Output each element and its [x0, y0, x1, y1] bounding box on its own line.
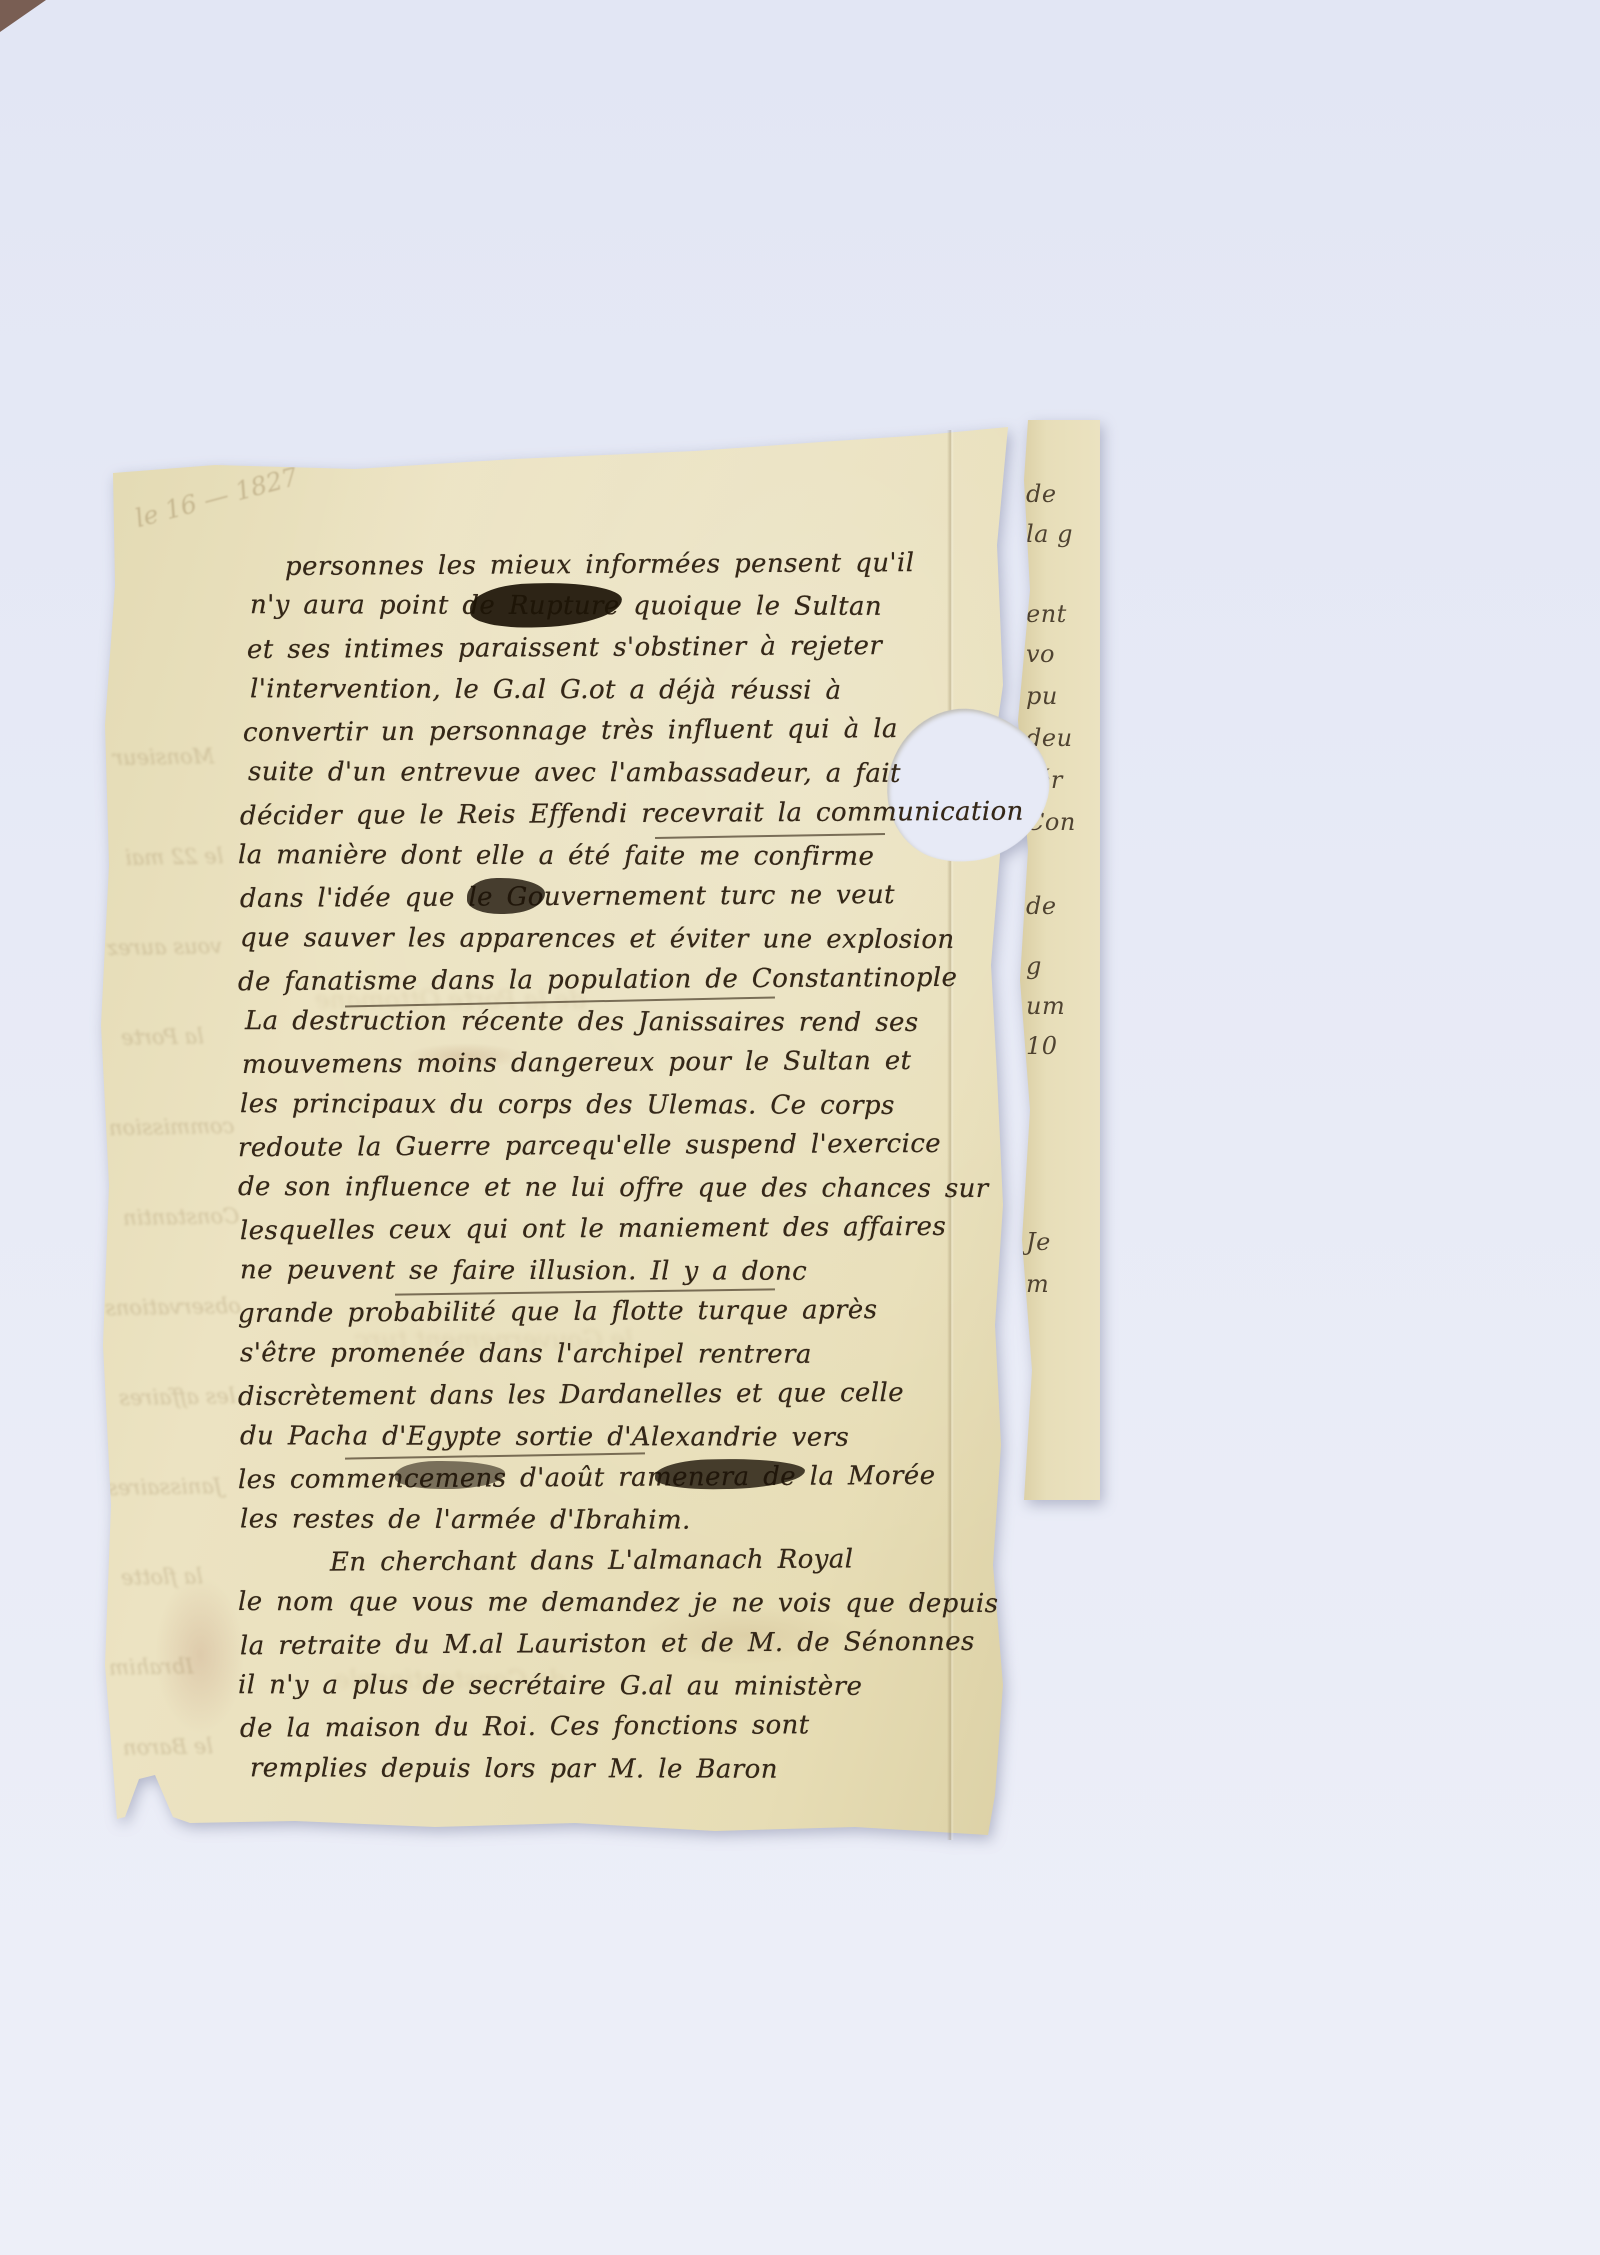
letter-line: les restes de l'armée d'Ibrahim.: [240, 1506, 691, 1533]
fragment-text: vo: [1026, 640, 1055, 668]
letter-line: l'intervention, le G.al G.ot a déjà réus…: [250, 676, 842, 704]
letter-line: mouvemens moins dangereux pour le Sultan…: [242, 1048, 912, 1078]
letter-line: les principaux du corps des Ulemas. Ce c…: [240, 1091, 895, 1119]
pen-stroke: [345, 996, 775, 1007]
letter-line: de fanatisme dans la population de Const…: [238, 965, 957, 995]
letter-line: lesquelles ceux qui ont le maniement des…: [240, 1214, 946, 1244]
letter-line: suite d'un entrevue avec l'ambassadeur, …: [248, 759, 901, 787]
pen-stroke: [345, 1452, 645, 1459]
second-page-text: de la g ent vo pu deu Jér Con de g um 10…: [1018, 420, 1100, 1500]
letter-line: la manière dont elle a été faite me conf…: [238, 842, 874, 870]
letter-line: la retraite du M.al Lauriston et de M. d…: [240, 1629, 975, 1659]
letter-line: du Pacha d'Egypte sortie d'Alexandrie ve…: [240, 1423, 849, 1451]
ink-blot-rupture: [469, 580, 622, 629]
photo-corner-artifact: [0, 0, 46, 32]
letter-line: et ses intimes paraissent s'obstiner à r…: [247, 633, 882, 663]
letter-line: il n'y a plus de secrétaire G.al au mini…: [238, 1672, 862, 1700]
fragment-text: m: [1026, 1270, 1049, 1298]
letter-line: le nom que vous me demandez je ne vois q…: [238, 1589, 998, 1617]
fragment-text: 10: [1026, 1032, 1058, 1060]
letter-line: décider que le Reis Effendi recevrait la…: [240, 799, 1024, 830]
pen-stroke: [395, 1288, 775, 1295]
letter-line: de son influence et ne lui offre que des…: [238, 1174, 989, 1202]
fragment-text: g: [1026, 952, 1042, 980]
letter-line: La destruction récente des Janissaires r…: [245, 1008, 919, 1036]
fragment-text: ent: [1026, 600, 1067, 628]
fragment-text: pu: [1026, 682, 1058, 710]
letter-line: les commencemens d'août ramenera de la M…: [238, 1463, 936, 1493]
letter-line: convertir un personnage très influent qu…: [243, 716, 898, 746]
letter-line: discrètement dans les Dardanelles et que…: [238, 1380, 904, 1410]
letter-line: remplies depuis lors par M. le Baron: [250, 1755, 778, 1782]
letter-line: personnes les mieux informées pensent qu…: [285, 550, 915, 580]
fragment-text: de: [1026, 892, 1057, 920]
fragment-text: de: [1026, 480, 1057, 508]
fragment-text: Je: [1026, 1228, 1051, 1256]
letter-line: dans l'idée que le Gouvernement turc ne …: [240, 882, 895, 912]
letter-line: de la maison du Roi. Ces fonctions sont: [240, 1712, 810, 1741]
letter-line: redoute la Guerre parcequ'elle suspend l…: [238, 1131, 941, 1161]
photograph-of-letter: le 16 — 1827 Monsieur le 22 mai vous aur…: [0, 0, 1600, 2255]
letter-line: que sauver les apparences et éviter une …: [240, 925, 955, 953]
handwritten-text: personnes les mieux informées pensent qu…: [95, 425, 1013, 1853]
letter-line: grande probabilité que la flotte turque …: [238, 1297, 878, 1327]
second-page-sliver: de la g ent vo pu deu Jér Con de g um 10…: [1018, 420, 1100, 1500]
fragment-text: la g: [1026, 520, 1073, 548]
letter-line: s'être promenée dans l'archipel rentrera: [240, 1340, 812, 1367]
pen-stroke: [655, 833, 885, 839]
letter-line: En cherchant dans L'almanach Royal: [330, 1546, 854, 1575]
letter-line: ne peuvent se faire illusion. Il y a don…: [240, 1257, 807, 1284]
fragment-text: um: [1026, 992, 1065, 1020]
